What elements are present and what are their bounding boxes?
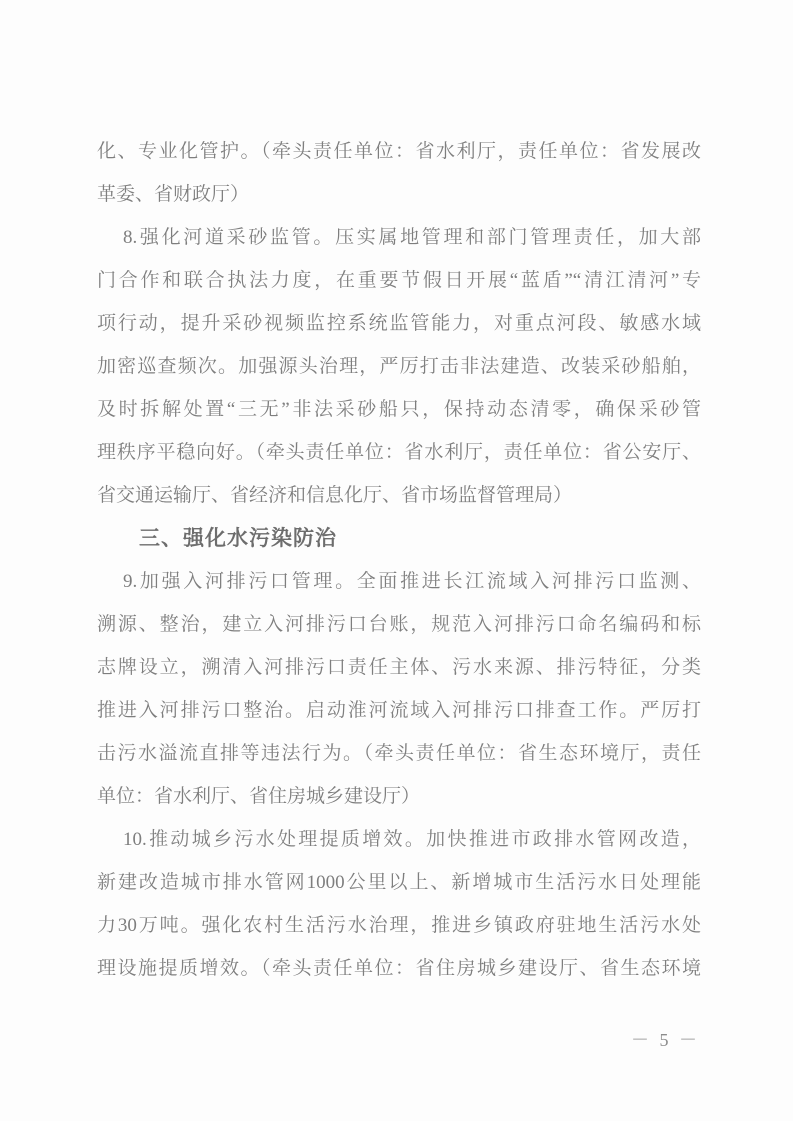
text-line: 革委、省财政厅）	[97, 173, 701, 216]
text-line: 志牌设立，溯清入河排污口责任主体、污水来源、排污特征，分类	[97, 646, 701, 689]
document-page: 化、专业化管护。（牵头责任单位：省水利厅，责任单位：省发展改 革委、省财政厅） …	[0, 0, 793, 1121]
text-line: 加密巡查频次。加强源头治理，严厉打击非法建造、改装采砂船舶，	[97, 345, 701, 388]
text-line: 理秩序平稳向好。（牵头责任单位：省水利厅，责任单位：省公安厅、	[97, 431, 701, 474]
section-heading: 三、强化水污染防治	[97, 517, 701, 560]
text-line: 新建改造城市排水管网1000公里以上、新增城市生活污水日处理能	[97, 861, 701, 904]
text-line: 力30万吨。强化农村生活污水治理，推进乡镇政府驻地生活污水处	[97, 904, 701, 947]
text-line: 10.推动城乡污水处理提质增效。加快推进市政排水管网改造，	[97, 818, 701, 861]
text-line: 理设施提质增效。（牵头责任单位：省住房城乡建设厅、省生态环境	[97, 947, 701, 990]
text-line: 及时拆解处置“三无”非法采砂船只，保持动态清零，确保采砂管	[97, 388, 701, 431]
text-line: 溯源、整治，建立入河排污口台账，规范入河排污口命名编码和标	[97, 603, 701, 646]
text-line: 推进入河排污口整治。启动淮河流域入河排污口排查工作。严厉打	[97, 689, 701, 732]
text-line: 项行动，提升采砂视频监控系统监管能力，对重点河段、敏感水域	[97, 302, 701, 345]
page-number: － 5 －	[631, 1026, 700, 1052]
text-line: 单位：省水利厅、省住房城乡建设厅）	[97, 775, 701, 818]
text-line: 化、专业化管护。（牵头责任单位：省水利厅，责任单位：省发展改	[97, 130, 701, 173]
text-line: 8.强化河道采砂监管。压实属地管理和部门管理责任，加大部	[97, 216, 701, 259]
document-body: 化、专业化管护。（牵头责任单位：省水利厅，责任单位：省发展改 革委、省财政厅） …	[97, 130, 701, 990]
text-line: 省交通运输厅、省经济和信息化厅、省市场监督管理局）	[97, 474, 701, 517]
text-line: 9.加强入河排污口管理。全面推进长江流域入河排污口监测、	[97, 560, 701, 603]
text-line: 门合作和联合执法力度，在重要节假日开展“蓝盾”“清江清河”专	[97, 259, 701, 302]
text-line: 击污水溢流直排等违法行为。（牵头责任单位：省生态环境厅，责任	[97, 732, 701, 775]
